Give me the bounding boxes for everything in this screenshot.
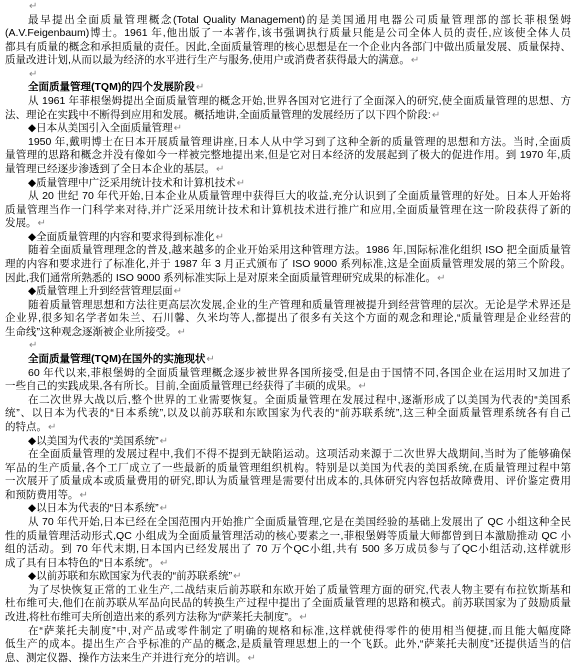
paragraph-mark-icon: ↵ xyxy=(47,422,56,433)
heading-text: 全面质量管理(TQM)在国外的实施现状 xyxy=(28,353,205,365)
paragraph-mark-icon: ↵ xyxy=(159,436,168,447)
paragraph-mark-icon: ↵ xyxy=(431,110,440,121)
line-text: 一次展开了质量成本或质量费用的研究,即认为质量管理是需要付出成本的,具体研究内容… xyxy=(5,475,571,487)
line-text: 在“萨莱托夫制度”中,对产品或零件制定了明确的规格和标准,这样就使得零件的使用相… xyxy=(28,625,571,637)
paragraph-mark-icon: ↵ xyxy=(173,286,182,297)
line-text: 成了具有日本特色的“日本系统”。 xyxy=(5,557,159,569)
paragraph-mark-icon: ↵ xyxy=(232,571,241,582)
paragraph-mark-icon: ↵ xyxy=(37,218,46,229)
line-text: 在二次世界大战以后,整个世界的工业需要恢复。全面质量管理在发展过程中,逐渐形成了… xyxy=(28,394,571,406)
line-text: 从 20 世纪 70 年代开始,日本企业从质量管理中获得巨大的收益,充分认识到了… xyxy=(28,190,571,202)
empty-line: ↵ xyxy=(5,339,571,353)
line-text: 1950 年,戴明博士在日本开展质量管理讲座,日本人从中学习到了这种全新的质量管… xyxy=(28,136,571,148)
line-text: 从 1961 年菲根堡姆提出全面质量管理的概念开始,世界各国对它进行了全面深入的… xyxy=(28,95,571,107)
line-text: 企业界,很多知名学者如朱兰、石川馨、久米均等人,都提出了很多有关这个方面的观念和… xyxy=(5,312,571,324)
paragraph-mark-icon: ↵ xyxy=(205,354,214,365)
paragraph-line: 质量管理当作一门科学来对待,并广泛采用统计技术和计算机技术进行推广和应用,全面质… xyxy=(5,204,571,218)
paragraph-mark-icon: ↵ xyxy=(410,55,419,66)
paragraph-line: 统”、以日本为代表的“日本系统”,以及以前苏联和东欧国家为代表的“前苏联系统”,… xyxy=(5,407,571,421)
line-text: ◆质量管理中广泛采用统计技术和计算机技术 xyxy=(28,177,236,189)
bullet-line: ◆全面质量管理的内容和要求得到标准化↵ xyxy=(5,231,571,245)
paragraph-line: 从 20 世纪 70 年代开始,日本企业从质量管理中获得巨大的收益,充分认识到了… xyxy=(5,190,571,204)
paragraph-line: 60 年代以来,菲根堡姆的全面质量管理概念逐步被世界各国所接受,但是由于国情不同… xyxy=(5,367,571,381)
paragraph-line: 企业界,很多知名学者如朱兰、石川馨、久米均等人,都提出了很多有关这个方面的观念和… xyxy=(5,312,571,326)
paragraph-line: 军品的生产质量,各个工厂成立了一些最新的质量管理组织机构。特别是以美国为代表的美… xyxy=(5,462,571,476)
paragraph-line: 随着全面质量管理理念的普及,越来越多的企业开始采用这种管理方法。1986 年,国… xyxy=(5,244,571,258)
empty-line: ↵ xyxy=(5,0,571,14)
paragraph-line: 随着质量管理思想和方法往更高层次发展,企业的生产管理和质量管理被提升到经营管理的… xyxy=(5,299,571,313)
line-text: ◆质量管理上升到经营管理层面 xyxy=(28,285,173,297)
line-text: 一些自己的实践成果,各有所长。目前,全面质量管理已经获得了丰硕的成果。 xyxy=(5,380,357,392)
line-text: 低生产的成本。提出生产合乎标准的产品的概念,是质量管理思想上的一个飞跃。此外,“… xyxy=(5,638,571,650)
paragraph-line: 质量改进计划,从而以最为经济的水平进行生产与服务,使用户或消费者获得最大的满意。… xyxy=(5,54,571,68)
heading-text: 全面质量管理(TQM)的四个发展阶段 xyxy=(28,81,195,93)
paragraph-mark-icon: ↵ xyxy=(247,653,256,664)
line-text: 随着全面质量管理理念的普及,越来越多的企业开始采用这种管理方法。1986 年,国… xyxy=(28,244,571,256)
paragraph-line: 量管理的思路和概念并没有像如今一样被完整地提出来,但是它对日本经济的发展起到了极… xyxy=(5,149,571,163)
paragraph-line: 杜布维可夫,他们在前苏联从军品向民品的转换生产过程中提出了全面质量管理的思路和模… xyxy=(5,597,571,611)
paragraph-line: 和预防费用等。↵ xyxy=(5,489,571,503)
line-text: 量管理的思路和概念并没有像如今一样被完整地提出来,但是它对日本经济的发展起到了极… xyxy=(5,149,571,161)
paragraph-line: (A.V.Feigenbaum)博士。1961 年,他出版了一本著作,该书强调执… xyxy=(5,27,571,41)
paragraph-mark-icon: ↵ xyxy=(236,178,245,189)
paragraph-mark-icon: ↵ xyxy=(177,327,186,338)
paragraph-line: 法、理论在实践中不断得到应用和发展。概括地讲,全面质量管理的发展经历了以下四个阶… xyxy=(5,109,571,123)
line-text: ◆以前苏联和东欧国家为代表的“前苏联系统” xyxy=(28,570,232,582)
line-text: 和预防费用等。 xyxy=(5,489,79,501)
paragraph-mark-icon: ↵ xyxy=(159,558,168,569)
bullet-line: ◆以前苏联和东欧国家为代表的“前苏联系统”↵ xyxy=(5,570,571,584)
section-heading: 全面质量管理(TQM)的四个发展阶段↵ xyxy=(5,81,571,95)
line-text: ◆以日本为代表的“日本系统” xyxy=(28,502,159,514)
paragraph-mark-icon: ↵ xyxy=(298,612,307,623)
paragraph-line: 生命线”这种观念逐渐被企业所接受。↵ xyxy=(5,326,571,340)
line-text: 随着质量管理思想和方法往更高层次发展,企业的生产管理和质量管理被提升到经营管理的… xyxy=(28,299,571,311)
line-text: 因此,我们通常所熟悉的 ISO 9000 系列标准实际上是对原来全面质量管理研究… xyxy=(5,272,436,284)
bullet-line: ◆以日本为代表的“日本系统”↵ xyxy=(5,502,571,516)
line-text: 最早提出全面质量管理概念(Total Quality Management)的是… xyxy=(28,14,571,26)
paragraph-mark-icon: ↵ xyxy=(28,69,37,80)
paragraph-mark-icon: ↵ xyxy=(195,82,204,93)
line-text: 在全面质量管理的发展过程中,我们不得不提到无缺陷运动。这项活动来源于二次世界大战… xyxy=(28,448,571,460)
paragraph-mark-icon: ↵ xyxy=(28,340,37,351)
paragraph-line: 在全面质量管理的发展过程中,我们不得不提到无缺陷运动。这项活动来源于二次世界大战… xyxy=(5,448,571,462)
bullet-line: ◆日本从美国引入全面质量管理↵ xyxy=(5,122,571,136)
line-text: 改进,将杜布维可夫所创造出来的系列方法称为“萨莱托夫制度”。 xyxy=(5,611,298,623)
line-text: 生命线”这种观念逐渐被企业所接受。 xyxy=(5,326,177,338)
line-text: 法、理论在实践中不断得到应用和发展。概括地讲,全面质量管理的发展经历了以下四个阶… xyxy=(5,109,431,121)
line-text: 理的内容和要求进行了标准化,并于 1987 年 3 月正式颁布了 ISO 900… xyxy=(5,258,571,270)
line-text: 发展。 xyxy=(5,217,37,229)
paragraph-line: 性的质量管理活动形式,QC 小组成为全面质量管理活动的核心要素之一,菲根堡姆等质… xyxy=(5,530,571,544)
paragraph-line: 在二次世界大战以后,整个世界的工业需要恢复。全面质量管理在发展过程中,逐渐形成了… xyxy=(5,394,571,408)
bullet-line: ◆质量管理中广泛采用统计技术和计算机技术↵ xyxy=(5,177,571,191)
line-text: ◆以美国为代表的“美国系统” xyxy=(28,435,159,447)
paragraph-line: 因此,我们通常所熟悉的 ISO 9000 系列标准实际上是对原来全面质量管理研究… xyxy=(5,272,571,286)
document-page: ↵最早提出全面质量管理概念(Total Quality Management)的… xyxy=(0,0,575,666)
paragraph-mark-icon: ↵ xyxy=(215,232,224,243)
paragraph-line: 一次展开了质量成本或质量费用的研究,即认为质量管理是需要付出成本的,具体研究内容… xyxy=(5,475,571,489)
line-text: 质量改进计划,从而以最为经济的水平进行生产与服务,使用户或消费者获得最大的满意。 xyxy=(5,54,410,66)
line-text: 军品的生产质量,各个工厂成立了一些最新的质量管理组织机构。特别是以美国为代表的美… xyxy=(5,462,571,474)
paragraph-line: 改进,将杜布维可夫所创造出来的系列方法称为“萨莱托夫制度”。↵ xyxy=(5,611,571,625)
paragraph-line: 为了尽快恢复正常的工业生产,二战结束后前苏联和东欧开始了质量管理方面的研究,代表… xyxy=(5,584,571,598)
paragraph-line: 的特点。↵ xyxy=(5,421,571,435)
paragraph-line: 低生产的成本。提出生产合乎标准的产品的概念,是质量管理思想上的一个飞跃。此外,“… xyxy=(5,638,571,652)
empty-line: ↵ xyxy=(5,68,571,82)
line-text: 杜布维可夫,他们在前苏联从军品向民品的转换生产过程中提出了全面质量管理的思路和模… xyxy=(5,597,571,609)
paragraph-mark-icon: ↵ xyxy=(28,1,37,12)
line-text: 从 70 年代开始,日本已经在全国范围内开始推广全面质量管理,它是在美国经验的基… xyxy=(28,516,571,528)
paragraph-line: 理的内容和要求进行了标准化,并于 1987 年 3 月正式颁布了 ISO 900… xyxy=(5,258,571,272)
paragraph-mark-icon: ↵ xyxy=(215,164,224,175)
paragraph-line: 从 1961 年菲根堡姆提出全面质量管理的概念开始,世界各国对它进行了全面深入的… xyxy=(5,95,571,109)
paragraph-line: 在“萨莱托夫制度”中,对产品或零件制定了明确的规格和标准,这样就使得零件的使用相… xyxy=(5,625,571,639)
paragraph-mark-icon: ↵ xyxy=(173,123,182,134)
paragraph-line: 最早提出全面质量管理概念(Total Quality Management)的是… xyxy=(5,14,571,28)
line-text: 都具有质量的概念和承担质量的责任。因此,全面质量管理的核心思想是在一个企业内各部… xyxy=(5,41,571,53)
line-text: 60 年代以来,菲根堡姆的全面质量管理概念逐步被世界各国所接受,但是由于国情不同… xyxy=(28,367,571,379)
section-heading: 全面质量管理(TQM)在国外的实施现状↵ xyxy=(5,353,571,367)
line-text: 为了尽快恢复正常的工业生产,二战结束后前苏联和东欧开始了质量管理方面的研究,代表… xyxy=(28,584,571,596)
paragraph-line: 成了具有日本特色的“日本系统”。↵ xyxy=(5,557,571,571)
bullet-line: ◆质量管理上升到经营管理层面↵ xyxy=(5,285,571,299)
line-text: 性的质量管理活动形式,QC 小组成为全面质量管理活动的核心要素之一,菲根堡姆等质… xyxy=(5,530,571,542)
line-text: ◆日本从美国引入全面质量管理 xyxy=(28,122,173,134)
paragraph-line: 组的活动。到 70 年代末期,日本国内已经发展出了 70 万个QC小组,共有 5… xyxy=(5,543,571,557)
line-text: 的特点。 xyxy=(5,421,47,433)
line-text: 息、测定仪器、操作方法来生产并进行充分的培训。 xyxy=(5,652,247,664)
paragraph-line: 1950 年,戴明博士在日本开展质量管理讲座,日本人从中学习到了这种全新的质量管… xyxy=(5,136,571,150)
line-text: 组的活动。到 70 年代末期,日本国内已经发展出了 70 万个QC小组,共有 5… xyxy=(5,543,571,555)
paragraph-line: 都具有质量的概念和承担质量的责任。因此,全面质量管理的核心思想是在一个企业内各部… xyxy=(5,41,571,55)
paragraph-line: 量管理已经逐步渗透到了全日本企业的基层。↵ xyxy=(5,163,571,177)
paragraph-line: 一些自己的实践成果,各有所长。目前,全面质量管理已经获得了丰硕的成果。↵ xyxy=(5,380,571,394)
bullet-line: ◆以美国为代表的“美国系统”↵ xyxy=(5,435,571,449)
line-text: ◆全面质量管理的内容和要求得到标准化 xyxy=(28,231,215,243)
paragraph-mark-icon: ↵ xyxy=(357,381,366,392)
paragraph-mark-icon: ↵ xyxy=(436,273,445,284)
line-text: 量管理已经逐步渗透到了全日本企业的基层。 xyxy=(5,163,215,175)
paragraph-line: 息、测定仪器、操作方法来生产并进行充分的培训。↵ xyxy=(5,652,571,666)
paragraph-mark-icon: ↵ xyxy=(79,490,88,501)
paragraph-line: 从 70 年代开始,日本已经在全国范围内开始推广全面质量管理,它是在美国经验的基… xyxy=(5,516,571,530)
line-text: 统”、以日本为代表的“日本系统”,以及以前苏联和东欧国家为代表的“前苏联系统”,… xyxy=(5,407,571,419)
paragraph-line: 发展。↵ xyxy=(5,217,571,231)
paragraph-mark-icon: ↵ xyxy=(159,503,168,514)
line-text: 质量管理当作一门科学来对待,并广泛采用统计技术和计算机技术进行推广和应用,全面质… xyxy=(5,204,571,216)
line-text: (A.V.Feigenbaum)博士。1961 年,他出版了一本著作,该书强调执… xyxy=(5,27,571,39)
